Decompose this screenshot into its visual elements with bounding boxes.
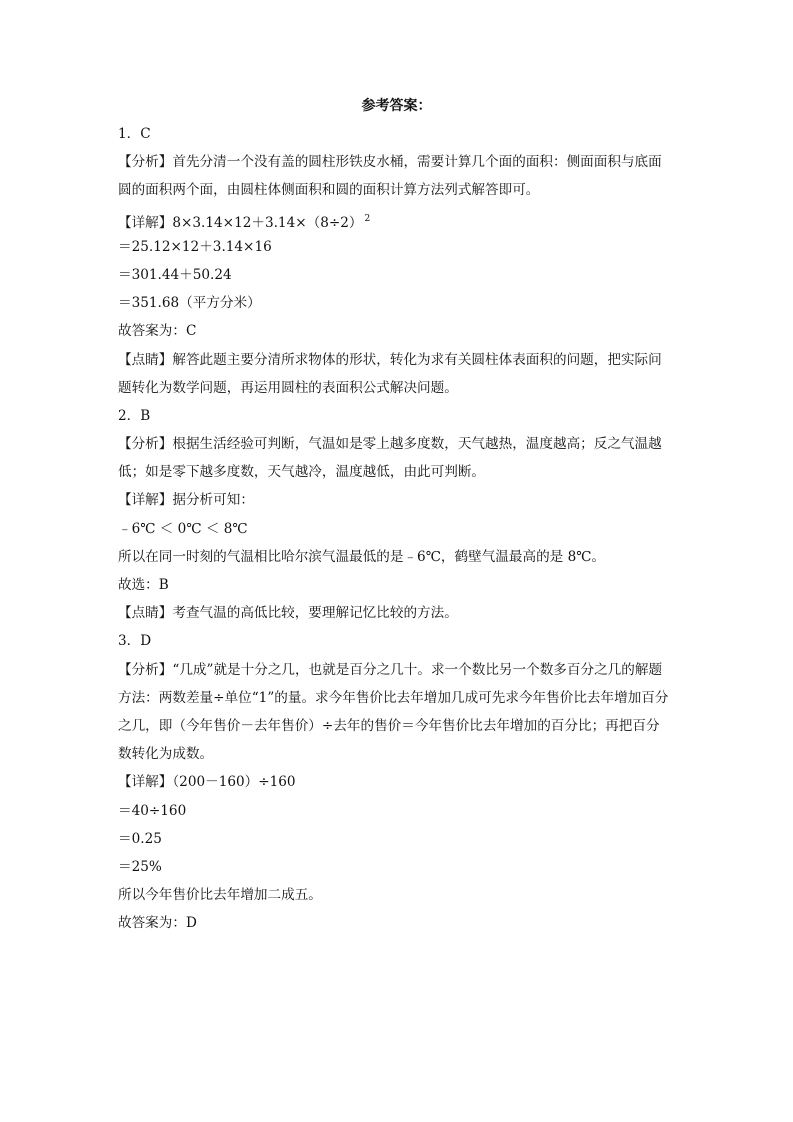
analysis-line: 低；如是零下越多度数，天气越冷，温度越低，由此可判断。 — [118, 458, 675, 486]
answer-document: 参考答案： 1．C 【分析】首先分清一个没有盖的圆柱形铁皮水桶，需要计算几个面的… — [118, 92, 675, 937]
question-number: 3．D — [118, 627, 675, 655]
question-number: 2．B — [118, 402, 675, 430]
question-1: 1．C 【分析】首先分清一个没有盖的圆柱形铁皮水桶，需要计算几个面的面积：侧面面… — [118, 120, 675, 402]
analysis-line: 【分析】根据生活经验可判断，气温如是零上越多度数，天气越热，温度越高；反之气温越 — [118, 430, 675, 458]
question-number: 1．C — [118, 120, 675, 148]
answer-line: 故答案为：D — [118, 909, 675, 937]
step-line: ＝301.44＋50.24 — [118, 261, 675, 289]
page-title: 参考答案： — [118, 92, 675, 120]
comparison-line: ﹣6℃ ＜ 0℃ ＜ 8℃ — [118, 515, 675, 543]
conclusion-line: 所以今年售价比去年增加二成五。 — [118, 881, 675, 909]
analysis-line: 数转化为成数。 — [118, 740, 675, 768]
analysis-line: 【分析】首先分清一个没有盖的圆柱形铁皮水桶，需要计算几个面的面积：侧面面积与底面 — [118, 148, 675, 176]
question-2: 2．B 【分析】根据生活经验可判断，气温如是零上越多度数，天气越热，温度越高；反… — [118, 402, 675, 628]
analysis-line: 方法：两数差量÷单位“1”的量。求今年售价比去年增加几成可先求今年售价比去年增加… — [118, 684, 675, 712]
exponent: 2 — [365, 214, 371, 224]
analysis-line: 圆的面积两个面，由圆柱体侧面积和圆的面积计算方法列式解答即可。 — [118, 176, 675, 204]
analysis-line: 之几，即（今年售价－去年售价）÷去年的售价＝今年售价比去年增加的百分比；再把百分 — [118, 712, 675, 740]
conclusion-line: 所以在同一时刻的气温相比哈尔滨气温最低的是﹣6℃，鹤壁气温最高的是 8℃。 — [118, 543, 675, 571]
detail-line: 【详解】8×3.14×12＋3.14×（8÷2）2 — [118, 205, 675, 233]
detail-line: 【详解】（200－160）÷160 — [118, 768, 675, 796]
step-line: ＝40÷160 — [118, 797, 675, 825]
comment-line: 【点睛】解答此题主要分清所求物体的形状，转化为求有关圆柱体表面积的问题，把实际问 — [118, 346, 675, 374]
step-line: ＝25.12×12＋3.14×16 — [118, 233, 675, 261]
comment-line: 题转化为数学问题，再运用圆柱的表面积公式解决问题。 — [118, 374, 675, 402]
step-line: ＝351.68（平方分米） — [118, 289, 675, 317]
comment-line: 【点睛】考查气温的高低比较，要理解记忆比较的方法。 — [118, 599, 675, 627]
step-line: ＝25% — [118, 853, 675, 881]
detail-line: 【详解】据分析可知： — [118, 486, 675, 514]
answer-line: 故答案为：C — [118, 317, 675, 345]
answer-line: 故选：B — [118, 571, 675, 599]
step-line: ＝0.25 — [118, 825, 675, 853]
detail-text: 【详解】8×3.14×12＋3.14×（8÷2） — [118, 215, 363, 231]
question-3: 3．D 【分析】“几成”就是十分之几，也就是百分之几十。求一个数比另一个数多百分… — [118, 627, 675, 937]
analysis-line: 【分析】“几成”就是十分之几，也就是百分之几十。求一个数比另一个数多百分之几的解… — [118, 656, 675, 684]
